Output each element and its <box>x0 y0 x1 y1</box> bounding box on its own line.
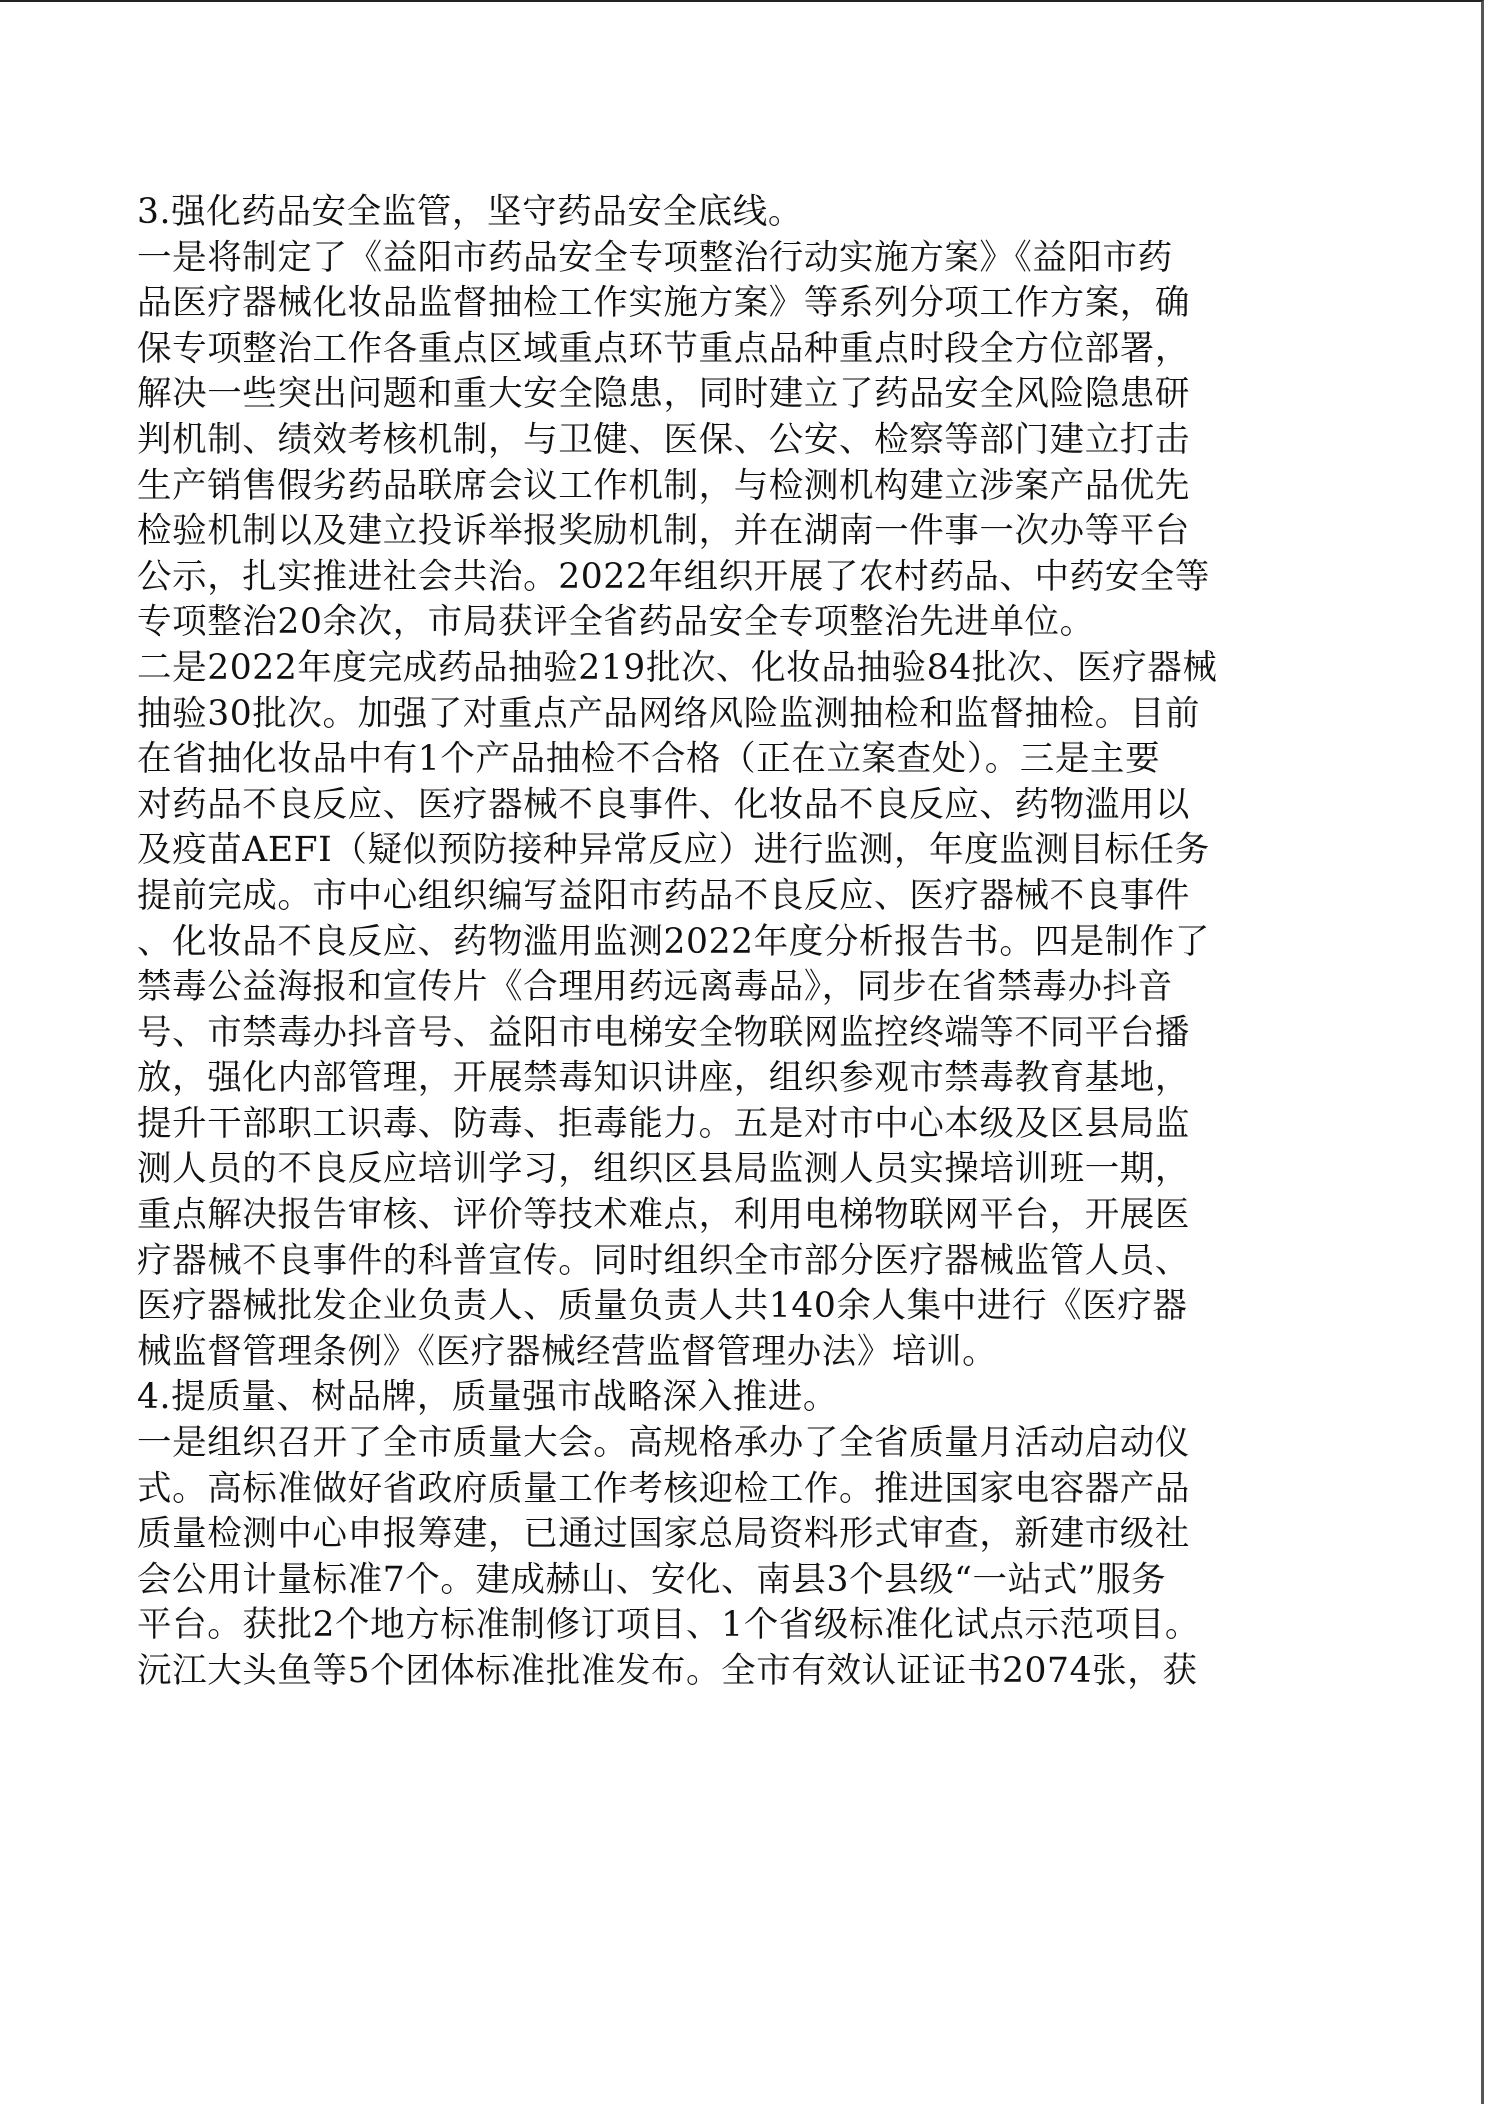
text-line: 一是组织召开了全市质量大会。高规格承办了全省质量月活动启动仪 <box>137 1421 1347 1467</box>
text-line: 质量检测中心申报筹建，已通过国家总局资料形式审查，新建市级社 <box>137 1512 1347 1558</box>
text-line: 式。高标准做好省政府质量工作考核迎检工作。推进国家电容器产品 <box>137 1467 1347 1513</box>
text-line: 医疗器械批发企业负责人、质量负责人共140余人集中进行《医疗器 <box>137 1284 1347 1330</box>
text-line: 抽验30批次。加强了对重点产品网络风险监测抽检和监督抽检。目前 <box>137 692 1347 738</box>
text-line: 械监督管理条例》《医疗器械经营监督管理办法》培训。 <box>137 1330 1347 1376</box>
text-line: 平台。获批2个地方标准制修订项目、1个省级标准化试点示范项目。 <box>137 1603 1347 1649</box>
text-line: 保专项整治工作各重点区域重点环节重点品种重点时段全方位部署， <box>137 327 1347 373</box>
text-line: 一是将制定了《益阳市药品安全专项整治行动实施方案》《益阳市药 <box>137 236 1347 282</box>
text-line: 测人员的不良反应培训学习，组织区县局监测人员实操培训班一期， <box>137 1147 1347 1193</box>
text-line: 、化妆品不良反应、药物滥用监测2022年度分析报告书。四是制作了 <box>137 920 1347 966</box>
text-line: 提前完成。市中心组织编写益阳市药品不良反应、医疗器械不良事件 <box>137 874 1347 920</box>
text-line: 放，强化内部管理，开展禁毒知识讲座，组织参观市禁毒教育基地， <box>137 1056 1347 1102</box>
text-line: 禁毒公益海报和宣传片《合理用药远离毒品》，同步在省禁毒办抖音 <box>137 965 1347 1011</box>
text-line: 对药品不良反应、医疗器械不良事件、化妆品不良反应、药物滥用以 <box>137 783 1347 829</box>
section-heading-quality: 4.提质量、树品牌，质量强市战略深入推进。 <box>137 1375 1347 1421</box>
text-line: 生产销售假劣药品联席会议工作机制，与检测机构建立涉案产品优先 <box>137 464 1347 510</box>
document-page: 3.强化药品安全监管，坚守药品安全底线。 一是将制定了《益阳市药品安全专项整治行… <box>0 0 1484 2104</box>
text-line: 品医疗器械化妆品监督抽检工作实施方案》等系列分项工作方案，确 <box>137 281 1347 327</box>
text-line: 疗器械不良事件的科普宣传。同时组织全市部分医疗器械监管人员、 <box>137 1239 1347 1285</box>
text-line: 检验机制以及建立投诉举报奖励机制，并在湖南一件事一次办等平台 <box>137 509 1347 555</box>
text-line: 专项整治20余次，市局获评全省药品安全专项整治先进单位。 <box>137 600 1347 646</box>
text-line: 公示，扎实推进社会共治。2022年组织开展了农村药品、中药安全等 <box>137 555 1347 601</box>
text-line: 重点解决报告审核、评价等技术难点，利用电梯物联网平台，开展医 <box>137 1193 1347 1239</box>
text-line: 及疫苗AEFI（疑似预防接种异常反应）进行监测，年度监测目标任务 <box>137 828 1347 874</box>
text-line: 会公用计量标准7个。建成赫山、安化、南县3个县级“一站式”服务 <box>137 1558 1347 1604</box>
text-line: 沅江大头鱼等5个团体标准批准发布。全市有效认证证书2074张，获 <box>137 1649 1347 1695</box>
text-line: 提升干部职工识毒、防毒、拒毒能力。五是对市中心本级及区县局监 <box>137 1102 1347 1148</box>
text-line: 判机制、绩效考核机制，与卫健、医保、公安、检察等部门建立打击 <box>137 418 1347 464</box>
document-body: 3.强化药品安全监管，坚守药品安全底线。 一是将制定了《益阳市药品安全专项整治行… <box>137 190 1347 1695</box>
text-line: 解决一些突出问题和重大安全隐患，同时建立了药品安全风险隐患研 <box>137 372 1347 418</box>
text-line: 号、市禁毒办抖音号、益阳市电梯安全物联网监控终端等不同平台播 <box>137 1011 1347 1057</box>
text-line: 在省抽化妆品中有1个产品抽检不合格（正在立案查处）。三是主要 <box>137 737 1347 783</box>
section-heading-drug-safety: 3.强化药品安全监管，坚守药品安全底线。 <box>137 190 1347 236</box>
text-line: 二是2022年度完成药品抽验219批次、化妆品抽验84批次、医疗器械 <box>137 646 1347 692</box>
